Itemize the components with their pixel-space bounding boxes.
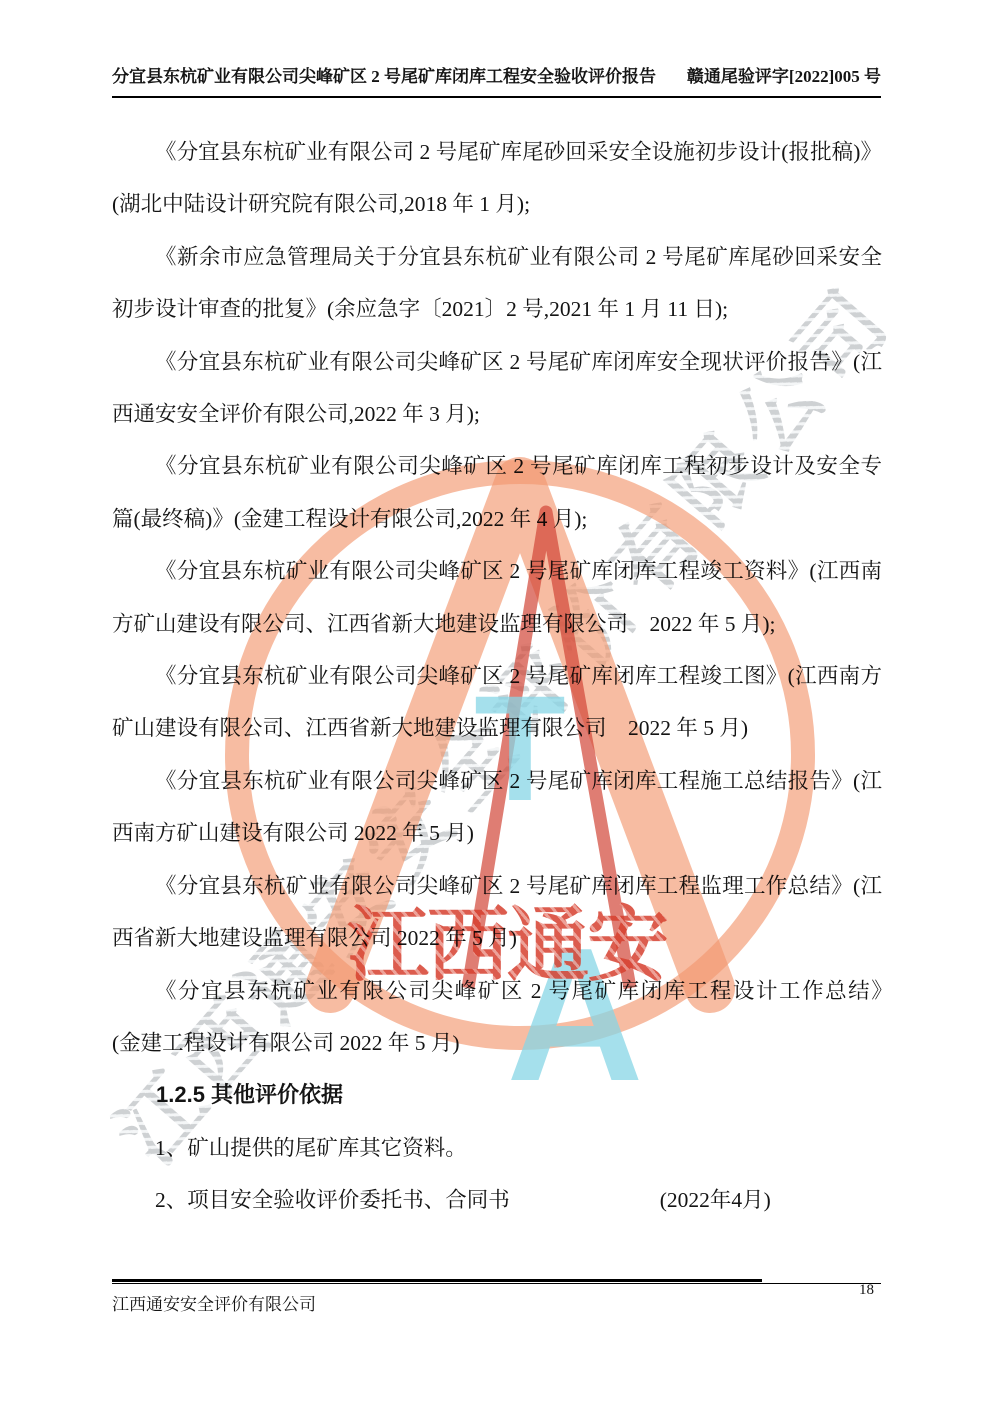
reference-paragraph: 《分宜县东杭矿业有限公司 2 号尾矿库尾砂回采安全设施初步设计(报批稿)》(湖北…	[112, 126, 882, 231]
reference-paragraph: 《新余市应急管理局关于分宜县东杭矿业有限公司 2 号尾矿库尾砂回采安全初步设计审…	[112, 231, 882, 336]
other-basis-item-2: 2、项目安全验收评价委托书、合同书(2022年4月)	[112, 1174, 882, 1226]
reference-paragraph: 《分宜县东杭矿业有限公司尖峰矿区 2 号尾矿库闭库工程监理工作总结》(江西省新大…	[112, 860, 882, 965]
reference-paragraph: 《分宜县东杭矿业有限公司尖峰矿区 2 号尾矿库闭库工程初步设计及安全专篇(最终稿…	[112, 440, 882, 545]
section-heading-1-2-5: 1.2.5 其他评价依据	[112, 1069, 882, 1121]
footer-rule-thin	[112, 1283, 881, 1284]
page-number: 18	[859, 1282, 874, 1299]
reference-paragraph: 《分宜县东杭矿业有限公司尖峰矿区 2 号尾矿库闭库工程设计工作总结》 (金建工程…	[112, 965, 882, 1070]
reference-paragraph: 《分宜县东杭矿业有限公司尖峰矿区 2 号尾矿库闭库工程竣工资料》(江西南方矿山建…	[112, 545, 882, 650]
report-page: { "header": { "left": "分宜县东杭矿业有限公司尖峰矿区 2…	[0, 0, 992, 1403]
header-doc-number: 赣通尾验评字[2022]005 号	[687, 62, 881, 87]
footer-rule-thick	[112, 1279, 762, 1282]
item-2-label: 2、项目安全验收评价委托书、合同书	[155, 1188, 510, 1212]
document-body: 《分宜县东杭矿业有限公司 2 号尾矿库尾砂回采安全设施初步设计(报批稿)》(湖北…	[112, 126, 882, 1227]
reference-paragraph: 《分宜县东杭矿业有限公司尖峰矿区 2 号尾矿库闭库工程竣工图》(江西南方矿山建设…	[112, 650, 882, 755]
other-basis-item-1: 1、矿山提供的尾矿库其它资料。	[112, 1122, 882, 1174]
item-2-date: (2022年4月)	[660, 1188, 771, 1212]
footer-company-name: 江西通安安全评价有限公司	[112, 1290, 316, 1315]
header-report-title: 分宜县东杭矿业有限公司尖峰矿区 2 号尾矿库闭库工程安全验收评价报告	[112, 62, 656, 87]
reference-paragraph: 《分宜县东杭矿业有限公司尖峰矿区 2 号尾矿库闭库安全现状评价报告》(江西通安安…	[112, 336, 882, 441]
page-header: 分宜县东杭矿业有限公司尖峰矿区 2 号尾矿库闭库工程安全验收评价报告 赣通尾验评…	[112, 62, 881, 98]
reference-paragraph: 《分宜县东杭矿业有限公司尖峰矿区 2 号尾矿库闭库工程施工总结报告》(江西南方矿…	[112, 755, 882, 860]
